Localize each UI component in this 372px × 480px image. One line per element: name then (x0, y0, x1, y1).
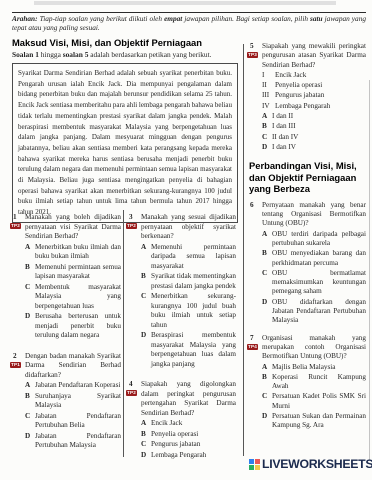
question-5: 5 TP3 Siapakah yang mewakili peringkat p… (249, 42, 366, 152)
option-letter: B (141, 272, 151, 291)
option-letter: C (141, 292, 151, 330)
option-letter: B (262, 373, 272, 392)
question-text: Manakah yang boleh dijadikan pernyataan … (25, 213, 121, 242)
tp-badge: TP1 (10, 362, 21, 368)
option-letter: B (25, 392, 35, 411)
option-letter: A (262, 112, 272, 121)
question-text: Siapakah yang digolongkan dalam peringka… (141, 380, 236, 418)
answer-option[interactable]: DI dan IV (262, 143, 366, 152)
question-text: Organisasi manakah yang merupakan contoh… (262, 334, 366, 362)
tp-badge: TP2 (126, 390, 137, 396)
answer-option[interactable]: COBU bermatlamat memaksimumkan keuntunga… (262, 269, 366, 297)
option-text: Membentuk masyarakat Malaysia yang berpe… (35, 283, 121, 312)
column-divider-left (123, 210, 124, 457)
section-maksud: Maksud Visi, Misi, dan Objektif Perniaga… (12, 37, 238, 223)
answer-option[interactable]: AOBU terdiri daripada pelbagai pertubuha… (262, 230, 366, 249)
answer-option[interactable]: BOBU menyediakan barang dan perkhidmatan… (262, 249, 366, 268)
option-letter: D (25, 312, 35, 341)
option-text: Pengurus jabatan (151, 440, 236, 450)
option-text: OBU didaftarkan dengan Jabatan Pendaftar… (272, 298, 366, 326)
brand-text: LIVEWORKSHEETS (262, 457, 372, 471)
option-text: Persatuan Sukan dan Permainan Kampung Sg… (272, 412, 366, 431)
option-letter: A (262, 363, 272, 372)
statement-row: IIPenyelia operasi (262, 81, 366, 90)
option-letter: A (141, 243, 151, 272)
option-text: Menerbitkan buku ilmiah dan buku bukan i… (35, 243, 121, 262)
option-letter: D (25, 432, 35, 451)
option-letter: C (262, 133, 272, 142)
question-text: Dengan badan manakah Syarikat Darma Send… (25, 352, 121, 381)
question-4: 4 TP2 Siapakah yang digolongkan dalam pe… (128, 380, 236, 460)
option-text: Menerbitkan sekurang-kurangnya 100 judul… (151, 292, 236, 330)
option-letter: D (262, 412, 272, 431)
option-text: II dan IV (272, 133, 366, 142)
answer-option[interactable]: CII dan IV (262, 133, 366, 142)
option-text: OBU menyediakan barang dan perkhidmatan … (272, 249, 366, 268)
question-number: 4 (129, 380, 133, 390)
option-text: Berusaha berterusan untuk menjadi penerb… (35, 312, 121, 341)
question-column-3: 5 TP3 Siapakah yang mewakili peringkat p… (249, 42, 366, 439)
answer-option[interactable]: DBeraspirasi membentuk masyarakat Malays… (141, 331, 236, 369)
statement-label: III (262, 91, 275, 100)
option-text: Majlis Belia Malaysia (272, 363, 366, 372)
answer-option[interactable]: AMenerbitkan buku ilmiah dan buku bukan … (25, 243, 121, 262)
question-2: 2 TP1 Dengan badan manakah Syarikat Darm… (12, 352, 121, 451)
passage-box: Syarikat Darma Sendirian Berhad adalah s… (12, 63, 238, 223)
option-letter: C (141, 440, 151, 450)
option-letter: A (25, 243, 35, 262)
logo-grid-cell (255, 465, 260, 470)
option-text: I dan II (272, 112, 366, 121)
answer-option[interactable]: BSyarikat tidak mementingkan prestasi da… (141, 272, 236, 291)
logo-grid-cell (249, 459, 254, 464)
answer-option[interactable]: CJabatan Pendaftaran Pertubuhan Belia (25, 412, 121, 431)
option-text: Memenuhi permintaan semua lapisan masyar… (35, 263, 121, 282)
option-text: Encik Jack (151, 419, 236, 429)
question-7: 7 TP4 Organisasi manakah yang merupakan … (249, 334, 366, 431)
question-number: 5 (250, 42, 254, 51)
logo-grid-cell (255, 459, 260, 464)
statement-row: IVLembaga Pengarah (262, 102, 366, 111)
tp-badge: TP3 (247, 52, 258, 58)
option-text: Syarikat tidak mementingkan prestasi dal… (151, 272, 236, 291)
statement-label: II (262, 81, 275, 90)
question-1: 1 TP2 Manakah yang boleh dijadikan perny… (12, 213, 121, 341)
option-text: Beraspirasi membentuk masyarakat Malaysi… (151, 331, 236, 369)
answer-option[interactable]: BPenyelia operasi (141, 430, 236, 440)
tp-badge: TP2 (10, 223, 21, 229)
section-title-maksud: Maksud Visi, Misi, dan Objektif Perniaga… (12, 37, 238, 48)
question-number: 1 (13, 213, 17, 223)
question-number: 3 (129, 213, 133, 223)
answer-option[interactable]: DBerusaha berterusan untuk menjadi pener… (25, 312, 121, 341)
option-text: I dan III (272, 122, 366, 131)
question-3: 3 TP2 Manakah yang sesuai dijadikan pern… (128, 213, 236, 369)
option-letter: D (141, 331, 151, 369)
question-number: 2 (13, 352, 17, 362)
answer-option[interactable]: CMembentuk masyarakat Malaysia yang berp… (25, 283, 121, 312)
option-letter: D (262, 143, 272, 152)
option-text: Lembaga Pengarah (151, 451, 236, 461)
option-letter: C (25, 412, 35, 431)
column-divider-right (243, 44, 244, 456)
instructions-text: Arahan: Tiap-tiap soalan yang berikut di… (12, 15, 366, 33)
statement-row: IIIPengurus jabatan (262, 91, 366, 100)
tp-badge: TP2 (126, 223, 137, 229)
answer-option[interactable]: AI dan II (262, 112, 366, 121)
question-column-2: 3 TP2 Manakah yang sesuai dijadikan pern… (128, 213, 236, 471)
option-text: OBU bermatlamat memaksimumkan keuntungan… (272, 269, 366, 297)
option-text: Penyelia operasi (151, 430, 236, 440)
answer-option[interactable]: DJabatan Pendaftaran Pertubuhan Malaysia (25, 432, 121, 451)
option-letter: A (25, 381, 35, 391)
answer-option[interactable]: BKoperasi Runcit Kampung Awah (262, 373, 366, 392)
instruction-label: Arahan: (12, 14, 38, 23)
scan-edge-line (369, 80, 370, 460)
option-letter: B (25, 263, 35, 282)
option-letter: B (141, 430, 151, 440)
answer-option[interactable]: AMajlis Belia Malaysia (262, 363, 366, 372)
answer-option[interactable]: BSuruhanjaya Syarikat Malaysia (25, 392, 121, 411)
question-6: 6 Pernyataan manakah yang benar tentang … (249, 201, 366, 326)
option-letter: C (262, 392, 272, 411)
tp-badge: TP4 (247, 344, 258, 350)
option-text: Memenuhi permintaan daripada semua lapis… (151, 243, 236, 272)
logo-grid-cell (249, 465, 254, 470)
option-text: OBU terdiri daripada pelbagai pertubuhan… (272, 230, 366, 249)
statement-row: IEncik Jack (262, 71, 366, 80)
option-text: Suruhanjaya Syarikat Malaysia (35, 392, 121, 411)
answer-option[interactable]: AMemenuhi permintaan daripada semua lapi… (141, 243, 236, 272)
statement-text: Penyelia operasi (275, 81, 366, 90)
statement-text: Encik Jack (275, 71, 366, 80)
answer-option[interactable]: CMenerbitkan sekurang-kurangnya 100 judu… (141, 292, 236, 330)
statement-text: Pengurus jabatan (275, 91, 366, 100)
liveworksheets-grid-icon (249, 459, 260, 470)
option-text: Jabatan Pendaftaran Koperasi (35, 381, 121, 391)
option-letter: B (262, 249, 272, 268)
question-column-1: 1 TP2 Manakah yang boleh dijadikan perny… (12, 213, 121, 462)
question-number: 6 (250, 201, 254, 210)
answer-option[interactable]: AJabatan Pendaftaran Koperasi (25, 381, 121, 391)
option-letter: A (262, 230, 272, 249)
option-text: I dan IV (272, 143, 366, 152)
answer-option[interactable]: DLembaga Pengarah (141, 451, 236, 461)
section-title-perbandingan: Perbandingan Visi, Misi, dan Objektif Pe… (249, 160, 366, 195)
option-text: Persatuan Kadet Polis SMK Sri Murni (272, 392, 366, 411)
option-letter: A (141, 419, 151, 429)
statement-label: IV (262, 102, 275, 111)
option-text: Koperasi Runcit Kampung Awah (272, 373, 366, 392)
option-letter: B (262, 122, 272, 131)
section-note: Soalan 1 hingga soalan 5 adalah berdasar… (12, 50, 238, 59)
option-letter: D (141, 451, 151, 461)
question-text: Manakah yang sesuai dijadikan pernyataan… (141, 213, 236, 242)
question-text: Siapakah yang mewakili peringkat penguru… (262, 42, 366, 70)
liveworksheets-logo[interactable]: LIVEWORKSHEETS (249, 457, 372, 471)
scan-artifact (34, 1, 336, 5)
statement-label: I (262, 71, 275, 80)
answer-option[interactable]: CPersatuan Kadet Polis SMK Sri Murni (262, 392, 366, 411)
statement-text: Lembaga Pengarah (275, 102, 366, 111)
option-text: Jabatan Pendaftaran Pertubuhan Malaysia (35, 432, 121, 451)
question-text: Pernyataan manakah yang benar tentang Or… (262, 201, 366, 229)
question-number: 7 (250, 334, 254, 343)
option-letter: C (262, 269, 272, 297)
answer-option[interactable]: DOBU didaftarkan dengan Jabatan Pendafta… (262, 298, 366, 326)
answer-option[interactable]: BMemenuhi permintaan semua lapisan masya… (25, 263, 121, 282)
answer-option[interactable]: AEncik Jack (141, 419, 236, 429)
answer-option[interactable]: BI dan III (262, 122, 366, 131)
option-text: Jabatan Pendaftaran Pertubuhan Belia (35, 412, 121, 431)
answer-option[interactable]: DPersatuan Sukan dan Permainan Kampung S… (262, 412, 366, 431)
option-letter: D (262, 298, 272, 326)
option-letter: C (25, 283, 35, 312)
answer-option[interactable]: CPengurus jabatan (141, 440, 236, 450)
